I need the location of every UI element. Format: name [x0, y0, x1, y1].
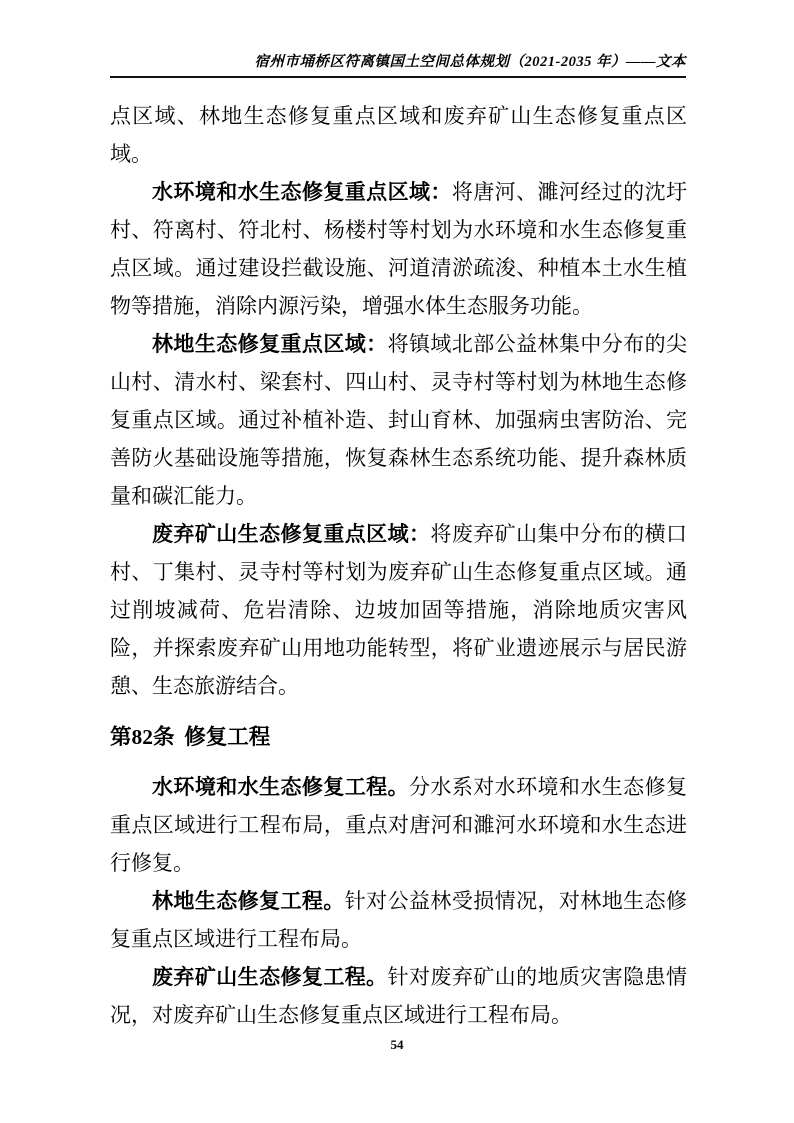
paragraph-continuation: 点区域、林地生态修复重点区域和废弃矿山生态修复重点区域。	[110, 97, 687, 173]
article-title: 修复工程	[184, 725, 270, 749]
article-heading: 第82条修复工程	[110, 722, 687, 752]
paragraph-mine-area: 废弃矿山生态修复重点区域：将废弃矿山集中分布的横口村、丁集村、灵寺村等村划为废弃…	[110, 515, 687, 705]
paragraph-text: 将废弃矿山集中分布的横口村、丁集村、灵寺村等村划为废弃矿山生态修复重点区域。通过…	[110, 522, 687, 698]
paragraph-lead: 林地生态修复重点区域：	[152, 332, 388, 356]
page-number: 54	[391, 1037, 404, 1052]
paragraph-lead: 林地生态修复工程。	[152, 889, 345, 913]
page-footer: 54	[0, 1036, 794, 1054]
paragraph-water-area: 水环境和水生态修复重点区域：将唐河、濉河经过的沈圩村、符离村、符北村、杨楼村等村…	[110, 173, 687, 325]
page-header: 宿州市埇桥区符离镇国土空间总体规划（2021-2035 年）——文本	[110, 50, 686, 78]
document-page: 宿州市埇桥区符离镇国土空间总体规划（2021-2035 年）——文本 点区域、林…	[0, 0, 794, 1123]
paragraph-lead: 水环境和水生态修复重点区域：	[152, 180, 452, 204]
paragraph-text: 将镇域北部公益林集中分布的尖山村、清水村、梁套村、四山村、灵寺村等村划为林地生态…	[110, 332, 687, 508]
paragraph-text: 点区域、林地生态修复重点区域和废弃矿山生态修复重点区域。	[110, 104, 687, 166]
paragraph-water-project: 水环境和水生态修复工程。分水系对水环境和水生态修复重点区域进行工程布局，重点对唐…	[110, 768, 687, 882]
paragraph-forest-area: 林地生态修复重点区域：将镇域北部公益林集中分布的尖山村、清水村、梁套村、四山村、…	[110, 325, 687, 515]
paragraph-forest-project: 林地生态修复工程。针对公益林受损情况，对林地生态修复重点区域进行工程布局。	[110, 882, 687, 958]
paragraph-lead: 水环境和水生态修复工程。	[152, 775, 409, 799]
header-title: 宿州市埇桥区符离镇国土空间总体规划（2021-2035 年）——文本	[110, 50, 686, 76]
article-number: 第82条	[110, 725, 175, 749]
header-rule	[110, 76, 686, 78]
paragraph-lead: 废弃矿山生态修复工程。	[152, 965, 388, 989]
paragraph-lead: 废弃矿山生态修复重点区域：	[152, 522, 430, 546]
paragraph-mine-project: 废弃矿山生态修复工程。针对废弃矿山的地质灾害隐患情况，对废弃矿山生态修复重点区域…	[110, 958, 687, 1034]
document-body: 点区域、林地生态修复重点区域和废弃矿山生态修复重点区域。 水环境和水生态修复重点…	[110, 97, 687, 1034]
